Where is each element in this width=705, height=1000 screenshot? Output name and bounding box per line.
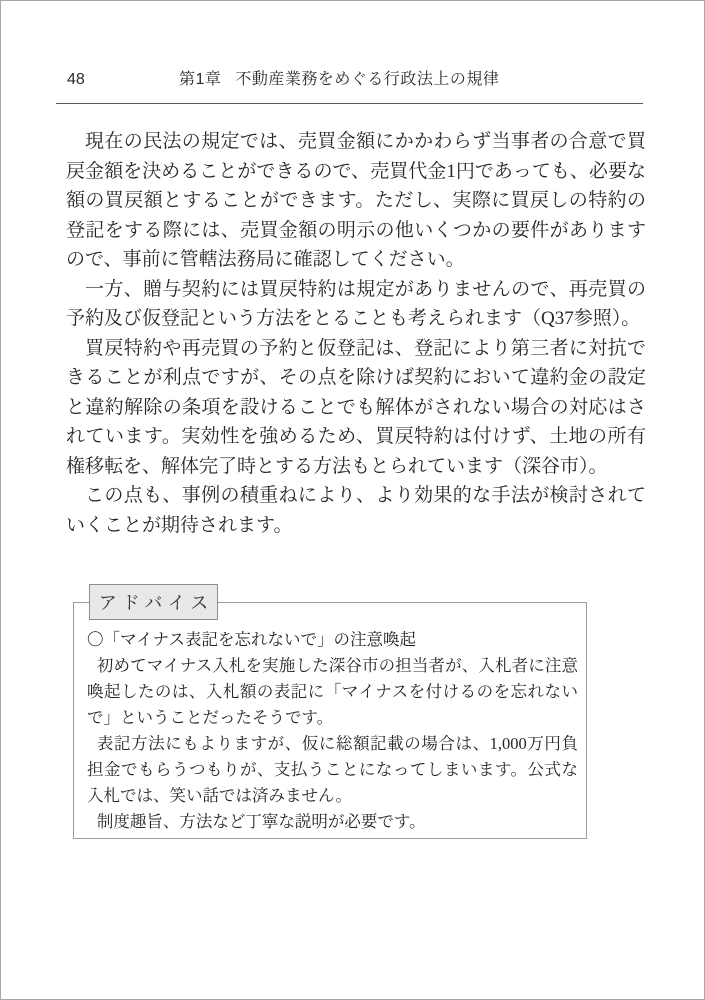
advice-body: 初めてマイナス入札を実施した深谷市の担当者が、入札者に注意喚起したのは、入札額の…: [87, 653, 578, 835]
page-number: 48: [67, 70, 85, 90]
chapter-title: 不動産業務をめぐる行政法上の規律: [235, 70, 499, 90]
chapter-label: 第1章: [179, 70, 221, 90]
book-page: 48 第1章 不動産業務をめぐる行政法上の規律 現在の民法の規定では、売買金額に…: [0, 0, 705, 1000]
advice-label: アドバイス: [89, 584, 218, 620]
paragraph: 現在の民法の規定では、売買金額にかかわらず当事者の合意で買戻金額を決めることがで…: [66, 127, 646, 275]
paragraph: この点も、事例の積重ねにより、より効果的な手法が検討されていくことが期待されます…: [66, 481, 646, 540]
advice-box: 〇「マイナス表記を忘れないで」の注意喚起 初めてマイナス入札を実施した深谷市の担…: [73, 602, 587, 839]
running-header: 第1章 不動産業務をめぐる行政法上の規律: [179, 70, 499, 90]
main-text: 現在の民法の規定では、売買金額にかかわらず当事者の合意で買戻金額を決めることがで…: [66, 127, 646, 540]
header-rule: [56, 103, 643, 104]
paragraph: 初めてマイナス入札を実施した深谷市の担当者が、入札者に注意喚起したのは、入札額の…: [87, 653, 578, 731]
paragraph: 買戻特約や再売買の予約と仮登記は、登記により第三者に対抗できることが利点ですが、…: [66, 334, 646, 482]
paragraph: 制度趣旨、方法など丁寧な説明が必要です。: [87, 809, 578, 835]
paragraph: 一方、贈与契約には買戻特約は規定がありませんので、再売買の予約及び仮登記という方…: [66, 275, 646, 334]
advice-heading: 〇「マイナス表記を忘れないで」の注意喚起: [87, 627, 578, 653]
paragraph: 表記方法にもよりますが、仮に総額記載の場合は、1,000万円負担金でもらうつもり…: [87, 731, 578, 809]
